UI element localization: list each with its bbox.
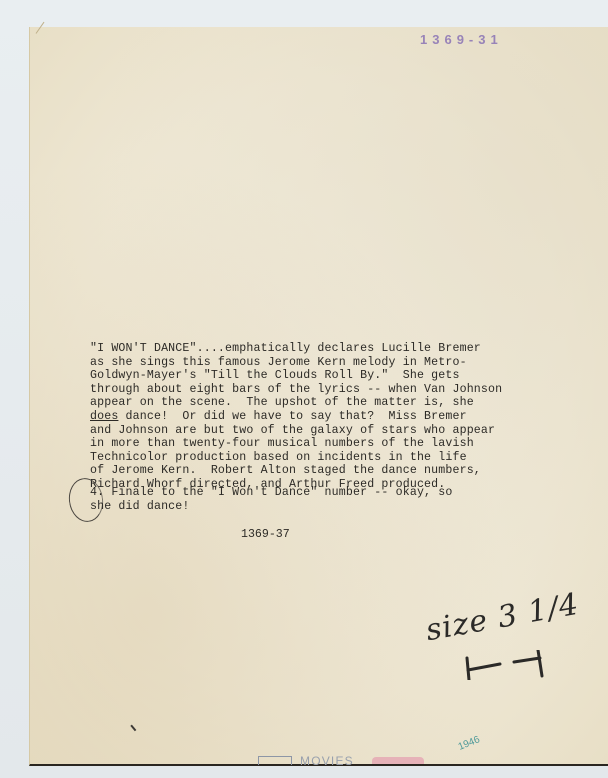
- caption-line: "I WON'T DANCE"....emphatically declares…: [90, 342, 481, 355]
- caption-line: Technicolor production based on incident…: [90, 451, 467, 464]
- caption-line: in more than twenty-four musical numbers…: [90, 437, 474, 450]
- caption-line: Goldwyn-Mayer's "Till the Clouds Roll By…: [90, 369, 460, 382]
- caption-line: and Johnson are but two of the galaxy of…: [90, 424, 495, 437]
- caption-line: through about eight bars of the lyrics -…: [90, 383, 502, 396]
- movies-stamp: MOVIES: [300, 754, 354, 768]
- crop-mark-icon: [462, 650, 552, 680]
- caption-line: of Jerome Kern. Robert Alton staged the …: [90, 464, 481, 477]
- inventory-stamp: 1369-31: [420, 32, 503, 47]
- caption-line: dance! Or did we have to say that? Miss …: [118, 410, 466, 423]
- caption-line: as she sings this famous Jerome Kern mel…: [90, 356, 467, 369]
- underlined-word: does: [90, 410, 118, 423]
- item-caption: 4. Finale to the "I Won't Dance" number …: [90, 486, 452, 513]
- caption-paragraph: "I WON'T DANCE"....emphatically declares…: [90, 342, 502, 492]
- item-number: 4.: [90, 486, 104, 499]
- item-line: she did dance!: [90, 500, 190, 513]
- pink-stamp-smudge: [372, 757, 424, 764]
- reference-number: 1369-37: [241, 528, 290, 541]
- item-line: Finale to the "I Won't Dance" number -- …: [111, 486, 452, 499]
- stamp-box: [258, 756, 292, 765]
- caption-line: appear on the scene. The upshot of the m…: [90, 396, 474, 409]
